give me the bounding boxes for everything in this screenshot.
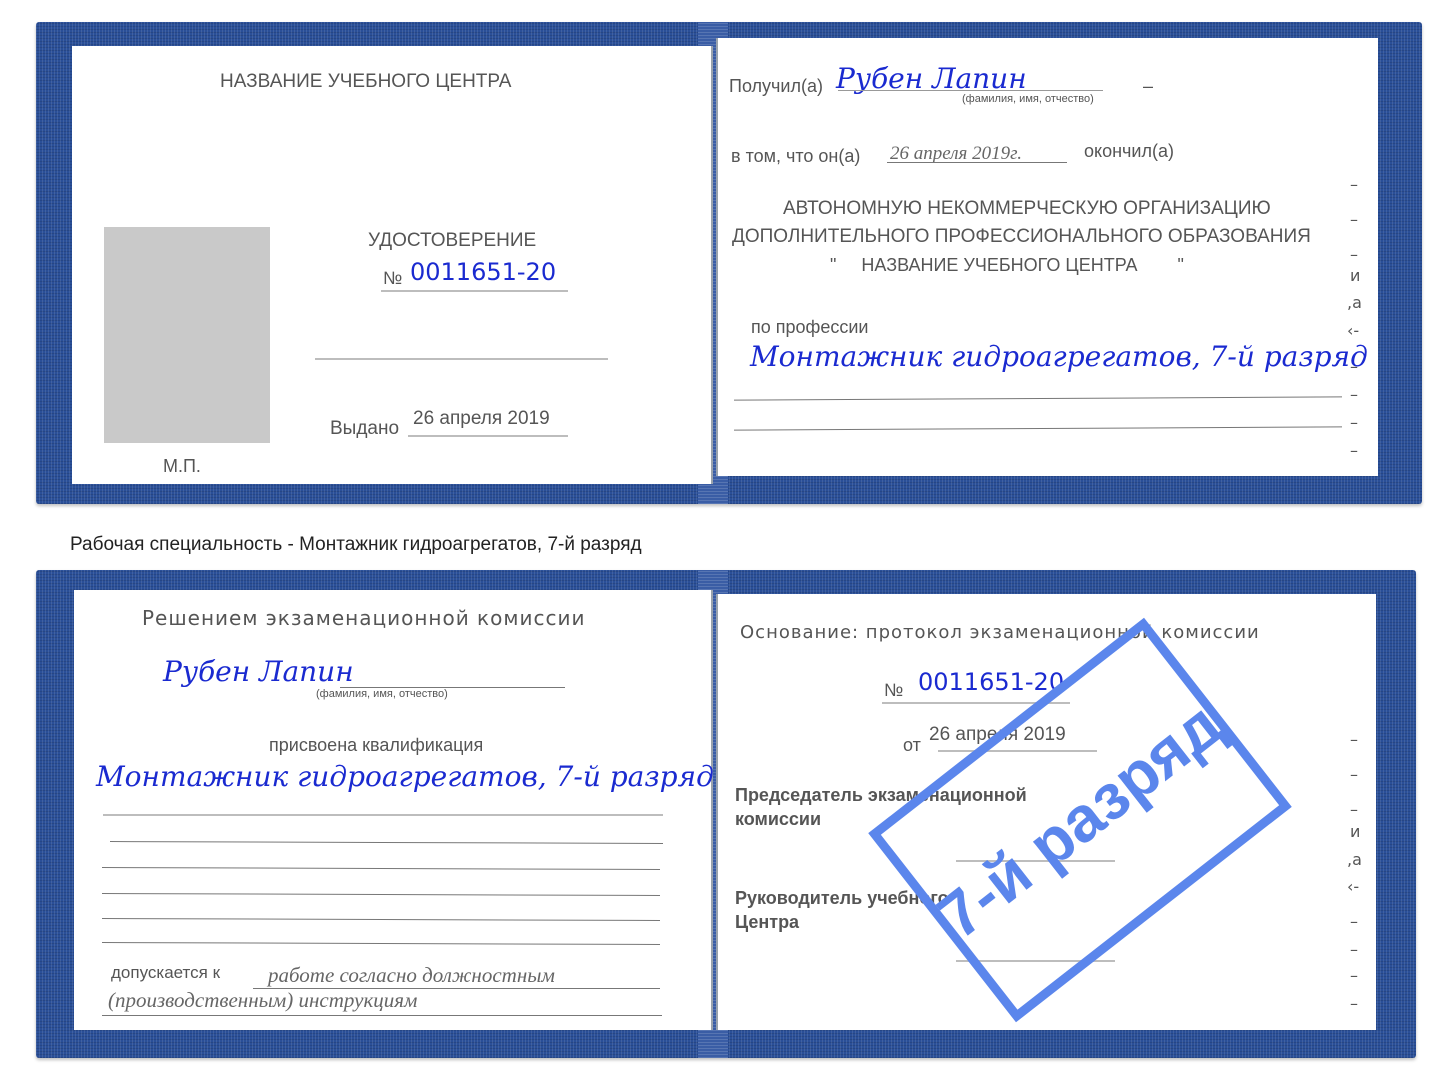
margin-mark: –	[1350, 175, 1358, 194]
page-edge	[711, 590, 713, 1030]
name-dash: –	[1143, 76, 1153, 97]
page-edge	[716, 38, 718, 476]
issued-underline	[408, 435, 568, 437]
margin-mark: –	[1350, 912, 1358, 931]
profession-value: Монтажник гидроагрегатов, 7-й разряд	[750, 340, 1368, 373]
center-name-heading: НАЗВАНИЕ УЧЕБНОГО ЦЕНТРА	[220, 71, 512, 93]
margin-mark: –	[1350, 441, 1358, 460]
margin-mark: –	[1350, 966, 1358, 985]
admitted-label: допускается к	[111, 963, 220, 983]
org-line-1: АВТОНОМНУЮ НЕКОММЕРЧЕСКУЮ ОРГАНИЗАЦИЮ	[783, 198, 1271, 220]
margin-mark: –	[1350, 210, 1358, 229]
margin-mark: –	[1350, 413, 1358, 432]
margin-mark: –	[1350, 765, 1358, 784]
margin-mark: ,а	[1347, 850, 1362, 869]
admitted-line-1: работе согласно должностным	[268, 963, 555, 988]
head-label-2: Центра	[735, 912, 799, 933]
qualification-line	[103, 814, 663, 816]
org-line-2: ДОПОЛНИТЕЛЬНОГО ПРОФЕССИОНАЛЬНОГО ОБРАЗО…	[732, 226, 1311, 248]
recipient-name-bottom: Рубен Лапин	[163, 655, 354, 688]
doc-title: УДОСТОВЕРЕНИЕ	[368, 230, 536, 252]
commission-heading: Решением экзаменационной комиссии	[142, 606, 585, 630]
received-label: Получил(а)	[729, 76, 823, 97]
admitted-underline-2	[102, 1015, 662, 1016]
issued-label: Выдано	[330, 418, 399, 440]
margin-mark: ,а	[1347, 293, 1362, 312]
basis-text: Основание: протокол экзаменационной коми…	[740, 622, 1260, 643]
protocol-number: 0011651-20	[918, 668, 1064, 696]
photo-placeholder	[104, 227, 270, 443]
seal-label: М.П.	[163, 456, 201, 477]
signature-line	[315, 358, 608, 360]
margin-mark: –	[1350, 357, 1358, 376]
completion-underline	[887, 162, 1067, 163]
protocol-number-prefix: №	[884, 680, 903, 701]
margin-mark: –	[1350, 245, 1358, 264]
margin-mark: ‹-	[1347, 321, 1359, 340]
number-underline	[381, 290, 568, 292]
margin-mark: –	[1350, 385, 1358, 404]
qualification-label: присвоена квалификация	[269, 735, 483, 756]
margin-mark: и	[1350, 266, 1360, 285]
org-line-3: " НАЗВАНИЕ УЧЕБНОГО ЦЕНТРА "	[830, 255, 1184, 276]
margin-mark: –	[1350, 800, 1358, 819]
margin-mark: –	[1350, 730, 1358, 749]
chairman-label-2: комиссии	[735, 809, 821, 830]
margin-mark: –	[1350, 994, 1358, 1013]
name-underline	[838, 90, 1103, 91]
that-label: в том, что он(а)	[731, 146, 860, 167]
margin-mark: –	[1350, 940, 1358, 959]
admitted-line-2: (производственным) инструкциям	[108, 988, 417, 1013]
margin-mark: и	[1350, 822, 1360, 841]
qualification-value: Монтажник гидроагрегатов, 7-й разряд	[96, 760, 714, 793]
from-label: от	[903, 735, 921, 756]
profession-label: по профессии	[751, 317, 868, 338]
name-hint-bottom: (фамилия, имя, отчество)	[316, 688, 448, 700]
name-hint: (фамилия, имя, отчество)	[962, 93, 1094, 105]
margin-mark: ‹-	[1347, 877, 1359, 896]
certificate-number: 0011651-20	[410, 258, 556, 286]
completed-label: окончил(а)	[1084, 141, 1174, 162]
number-prefix: №	[383, 268, 402, 289]
page-edge	[711, 46, 713, 484]
page-edge	[716, 594, 718, 1030]
issued-date: 26 апреля 2019	[413, 408, 550, 430]
specialty-caption: Рабочая специальность - Монтажник гидроа…	[70, 534, 642, 556]
